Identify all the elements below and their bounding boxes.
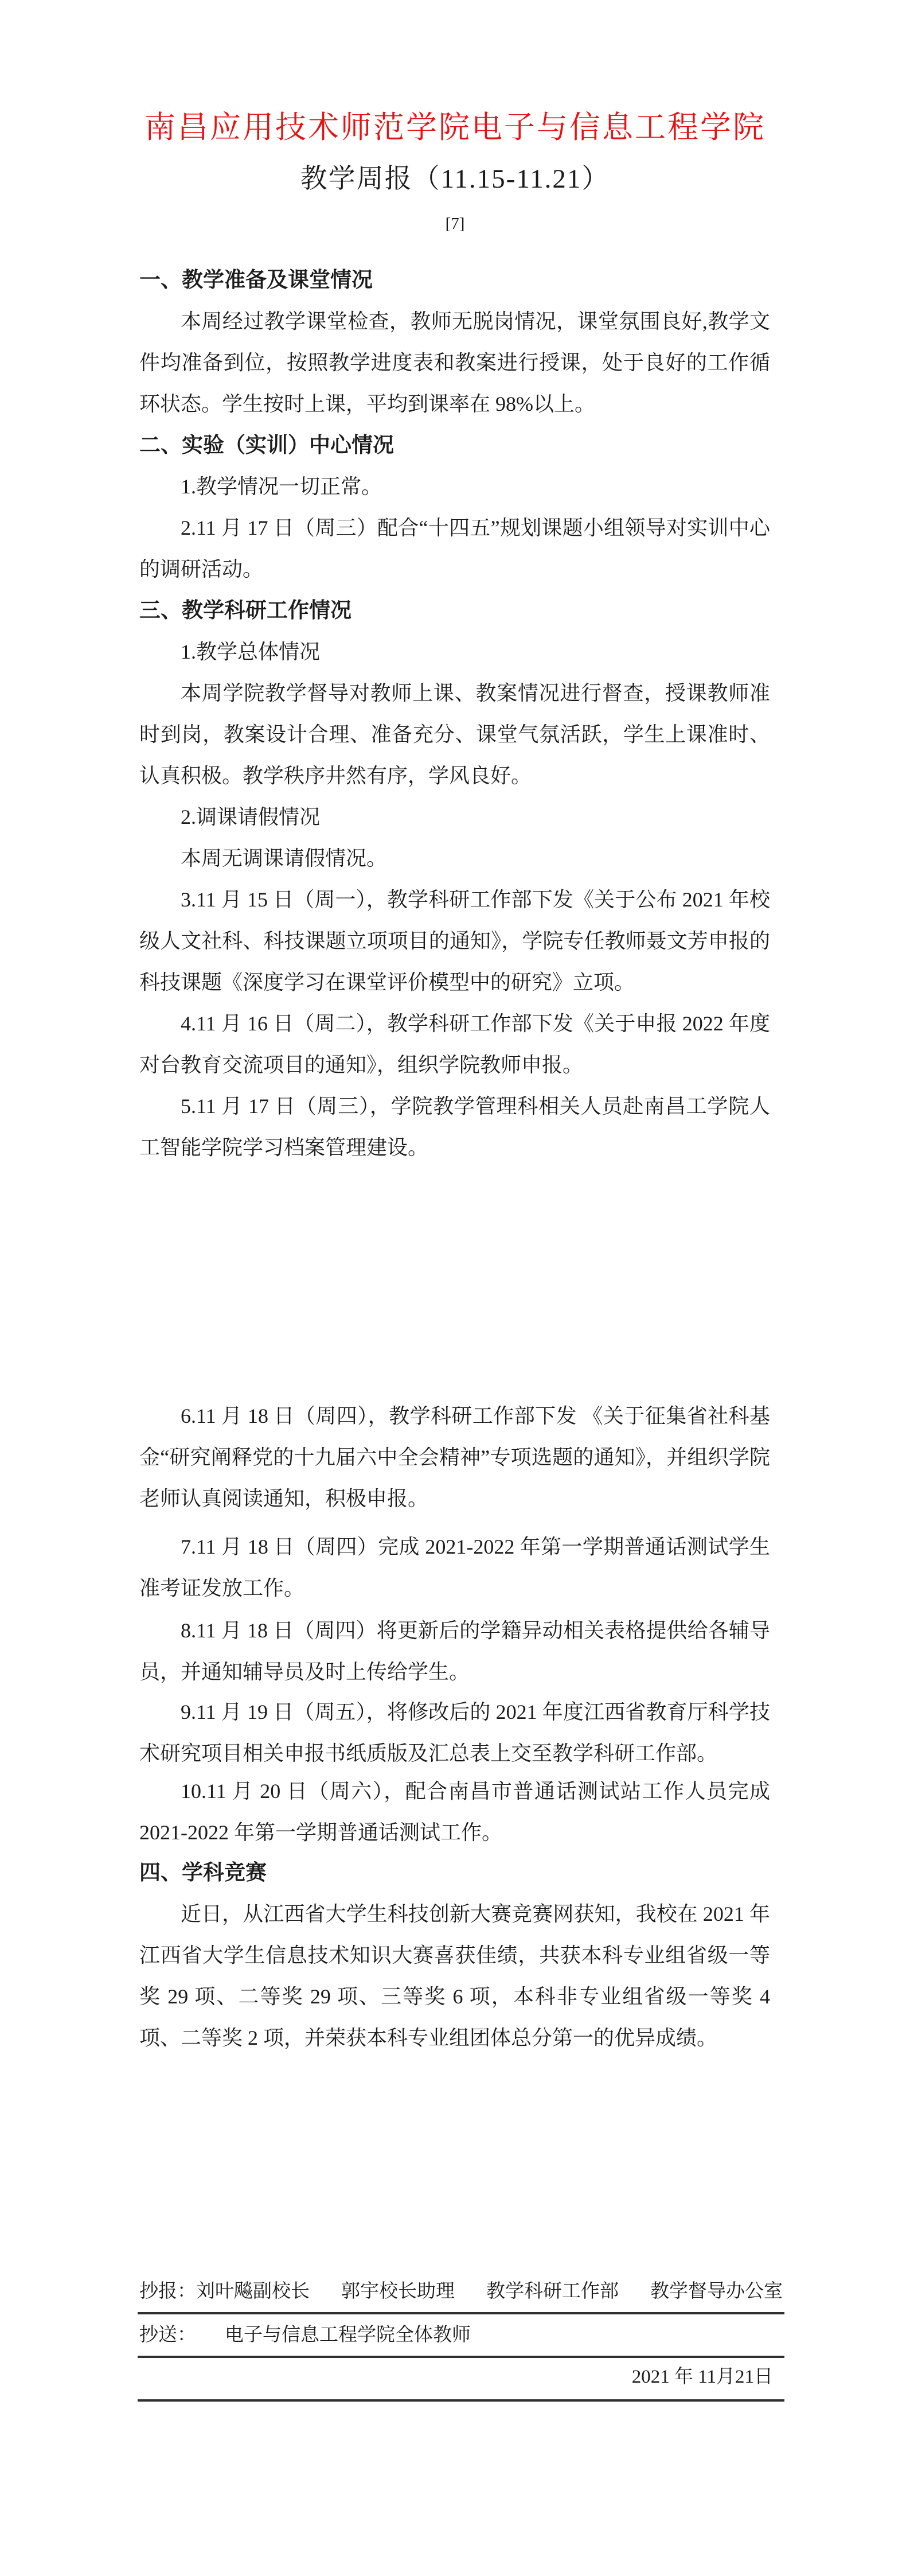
weekly-report-document: 南昌应用技术师范学院电子与信息工程学院 教学周报（11.15-11.21） [7… — [0, 0, 910, 2576]
footer-divider — [138, 2399, 784, 2402]
section-4-paragraph: 近日，从江西省大学生科技创新大赛竞赛网获知，我校在 2021 年江西省大学生信息… — [139, 1893, 770, 2059]
copy-report-recipient: 郭宇校长助理 — [341, 2281, 455, 2302]
page-title: 南昌应用技术师范学院电子与信息工程学院 — [0, 109, 910, 146]
section-1-paragraph: 本周经过教学课堂检查，教师无脱岗情况，课堂氛围良好,教学文件均准备到位，按照教学… — [139, 301, 770, 425]
copy-report-recipient: 教学科研工作部 — [486, 2281, 619, 2302]
issue-number: [7] — [0, 213, 910, 234]
copy-report-label: 抄报： — [139, 2281, 196, 2302]
section-2-item-1: 1.教学情况一切正常。 — [139, 466, 770, 507]
section-3-item-9: 9.11 月 19 日（周五），将修改后的 2021 年度江西省教育厅科学技术研… — [139, 1691, 770, 1774]
section-3-item-6: 6.11 月 18 日（周四），教学科研工作部下发 《关于征集省社科基金“研究阐… — [139, 1395, 770, 1519]
section-3-leave-note: 本周无调课请假情况。 — [139, 838, 770, 879]
section-3-item-3: 3.11 月 15 日（周一），教学科研工作部下发《关于公布 2021 年校级人… — [139, 879, 770, 1003]
section-3-item-7: 7.11 月 18 日（周四）完成 2021-2022 年第一学期普通话测试学生… — [139, 1526, 770, 1609]
document-date: 2021 年 11月21日 — [139, 2364, 773, 2390]
section-3-subheading-1: 1.教学总体情况 — [139, 631, 770, 672]
section-2-item-2: 2.11 月 17 日（周三）配合“十四五”规划课题小组领导对实训中心的调研活动… — [139, 507, 770, 590]
section-1-heading: 一、教学准备及课堂情况 — [139, 259, 770, 301]
section-3-item-4: 4.11 月 16 日（周二），教学科研工作部下发《关于申报 2022 年度对台… — [139, 1003, 770, 1085]
section-3-item-8: 8.11 月 18 日（周四）将更新后的学籍异动相关表格提供给各辅导员，并通知辅… — [139, 1610, 770, 1692]
section-2-heading: 二、实验（实训）中心情况 — [139, 425, 770, 466]
section-3-item-10: 10.11 月 20 日（周六），配合南昌市普通话测试站工作人员完成 2021-… — [139, 1770, 770, 1853]
copy-report-recipient: 教学督导办公室 — [650, 2281, 783, 2302]
page-subtitle: 教学周报（11.15-11.21） — [0, 162, 910, 196]
section-3-overview-paragraph: 本周学院教学督导对教师上课、教案情况进行督查，授课教师准时到岗，教案设计合理、准… — [139, 672, 770, 796]
footer-divider — [138, 2356, 784, 2358]
copy-report-recipient: 刘叶飚副校长 — [196, 2281, 310, 2302]
section-3-item-5: 5.11 月 17 日（周三），学院教学管理科相关人员赴南昌工学院人工智能学院学… — [139, 1085, 770, 1168]
copy-report-row: 抄报：刘叶飚副校长郭宇校长助理教学科研工作部教学督导办公室 — [139, 2279, 784, 2304]
section-3-subheading-2: 2.调课请假情况 — [139, 796, 770, 838]
copy-send-recipient: 电子与信息工程学院全体教师 — [225, 2325, 471, 2345]
footer-divider — [138, 2312, 784, 2314]
section-3-heading: 三、教学科研工作情况 — [139, 590, 770, 631]
copy-send-label: 抄送： — [139, 2325, 196, 2345]
copy-send-row: 抄送：电子与信息工程学院全体教师 — [139, 2322, 784, 2348]
section-4-heading: 四、学科竞赛 — [139, 1852, 770, 1893]
